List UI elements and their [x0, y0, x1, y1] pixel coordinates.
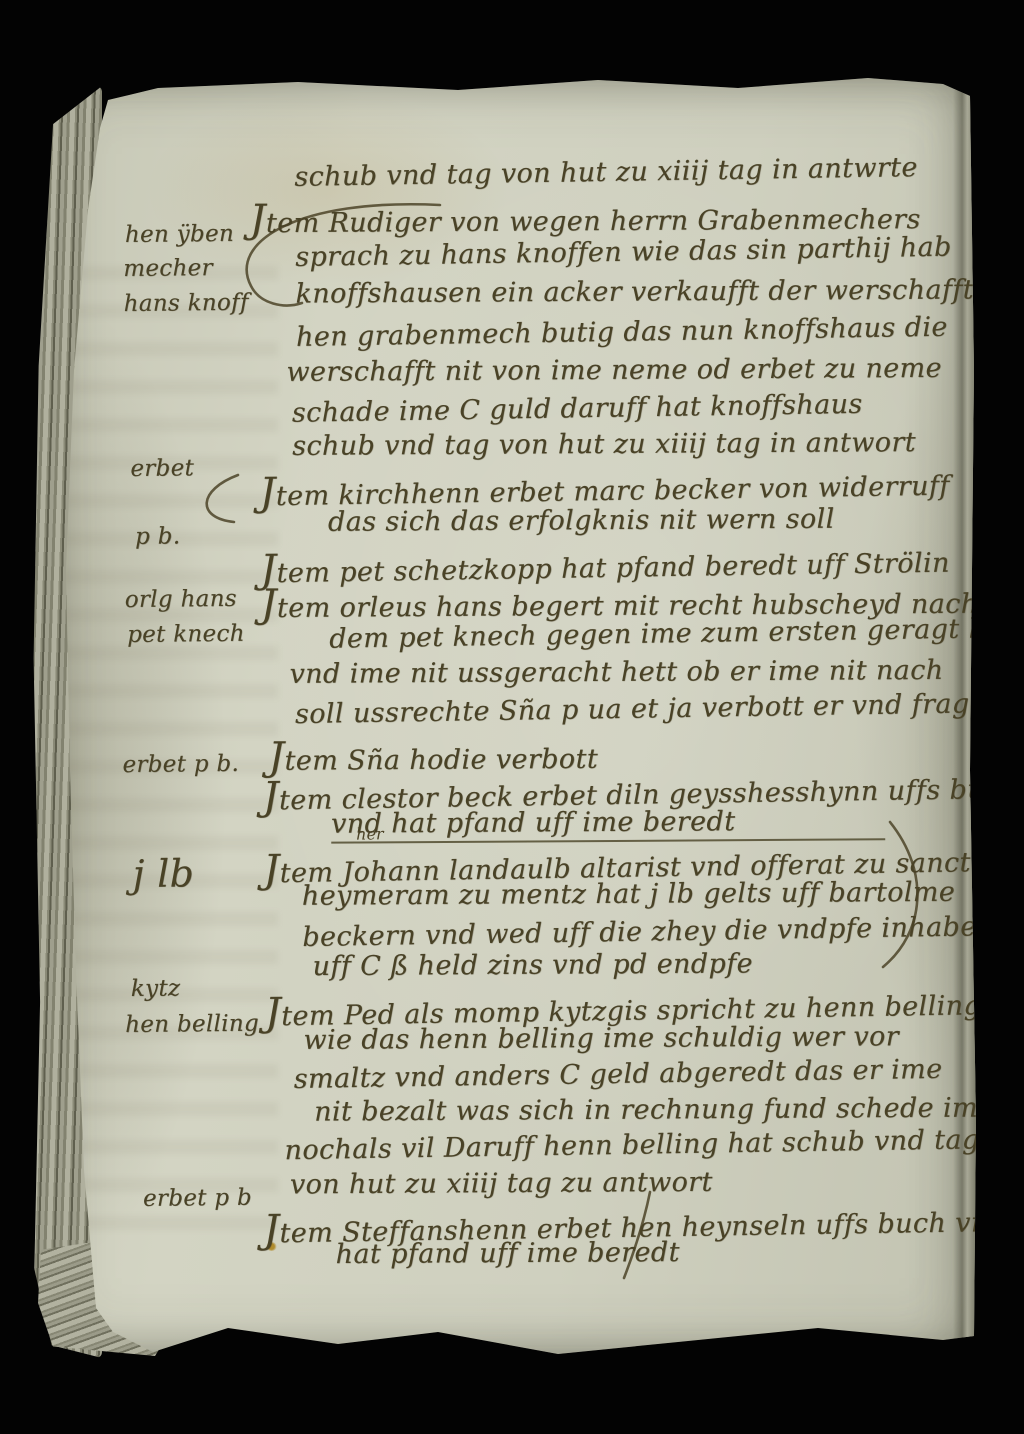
text-line: uff C ß held zins vnd pd endpfe: [313, 948, 754, 982]
text-line: das sich das erfolgknis nit wern soll: [328, 504, 835, 538]
margin-note: hen belling: [125, 1011, 259, 1038]
margin-note: p b.: [135, 523, 181, 549]
text-line: soll ussrechte Sña p ua et ja verbott er…: [295, 688, 986, 730]
margin-note: pet knech: [127, 621, 245, 648]
text-line: vnd hat pfand uff ime beredt: [331, 805, 886, 843]
text-line: knoffshausen ein acker verkaufft der wer…: [295, 274, 1024, 310]
margin-note: hans knoff: [124, 290, 249, 317]
margin-note: erbet p b.: [122, 751, 239, 778]
margin-note: kytz: [131, 975, 181, 1002]
text-line: vnd ime nit ussgeracht hett ob er ime ni…: [289, 655, 943, 690]
text-line: hen grabenmech butig das nun knoffshaus …: [296, 312, 948, 353]
text-line: nit bezalt was sich in rechnung fund sch…: [314, 1092, 994, 1127]
text-line: wie das henn belling ime schuldig wer vo…: [303, 1021, 899, 1056]
manuscript-page: hen ÿben mecher hans knoff erbet p b. or…: [38, 70, 983, 1362]
text-line: hat pfand uff ime beredt: [336, 1237, 680, 1270]
text-line: smaltz vnd anders C geld abgeredt das er…: [294, 1054, 943, 1095]
margin-note: mecher: [123, 255, 213, 282]
text-line: beckern vnd wed uff die zhey die vndpfe …: [302, 911, 995, 953]
text-line: von hut zu xiiij tag zu antwort: [290, 1167, 713, 1201]
margin-note: erbet: [130, 455, 194, 482]
margin-note: hen ÿben: [125, 221, 234, 248]
text-line: nochals vil Daruff henn belling hat schu…: [284, 1124, 979, 1166]
text-line: schub vnd tag von hut zu xiiij tag in an…: [294, 152, 918, 193]
text-line: heymeram zu mentz hat j lb gelts uff bar…: [302, 877, 956, 912]
text-line: schub vnd tag von hut zu xiiij tag in an…: [292, 427, 916, 462]
margin-note: erbet p b: [143, 1185, 252, 1212]
text-line: werschafft nit von ime neme od erbet zu …: [286, 353, 942, 388]
photo-backdrop: hen ÿben mecher hans knoff erbet p b. or…: [0, 0, 1024, 1434]
text-line: schade ime C guld daruff hat knoffshaus: [292, 389, 863, 429]
manuscript-text: hen ÿben mecher hans knoff erbet p b. or…: [31, 65, 989, 1367]
margin-note: orlg hans: [125, 586, 237, 613]
margin-note-pound-mark: j lb: [132, 851, 194, 896]
